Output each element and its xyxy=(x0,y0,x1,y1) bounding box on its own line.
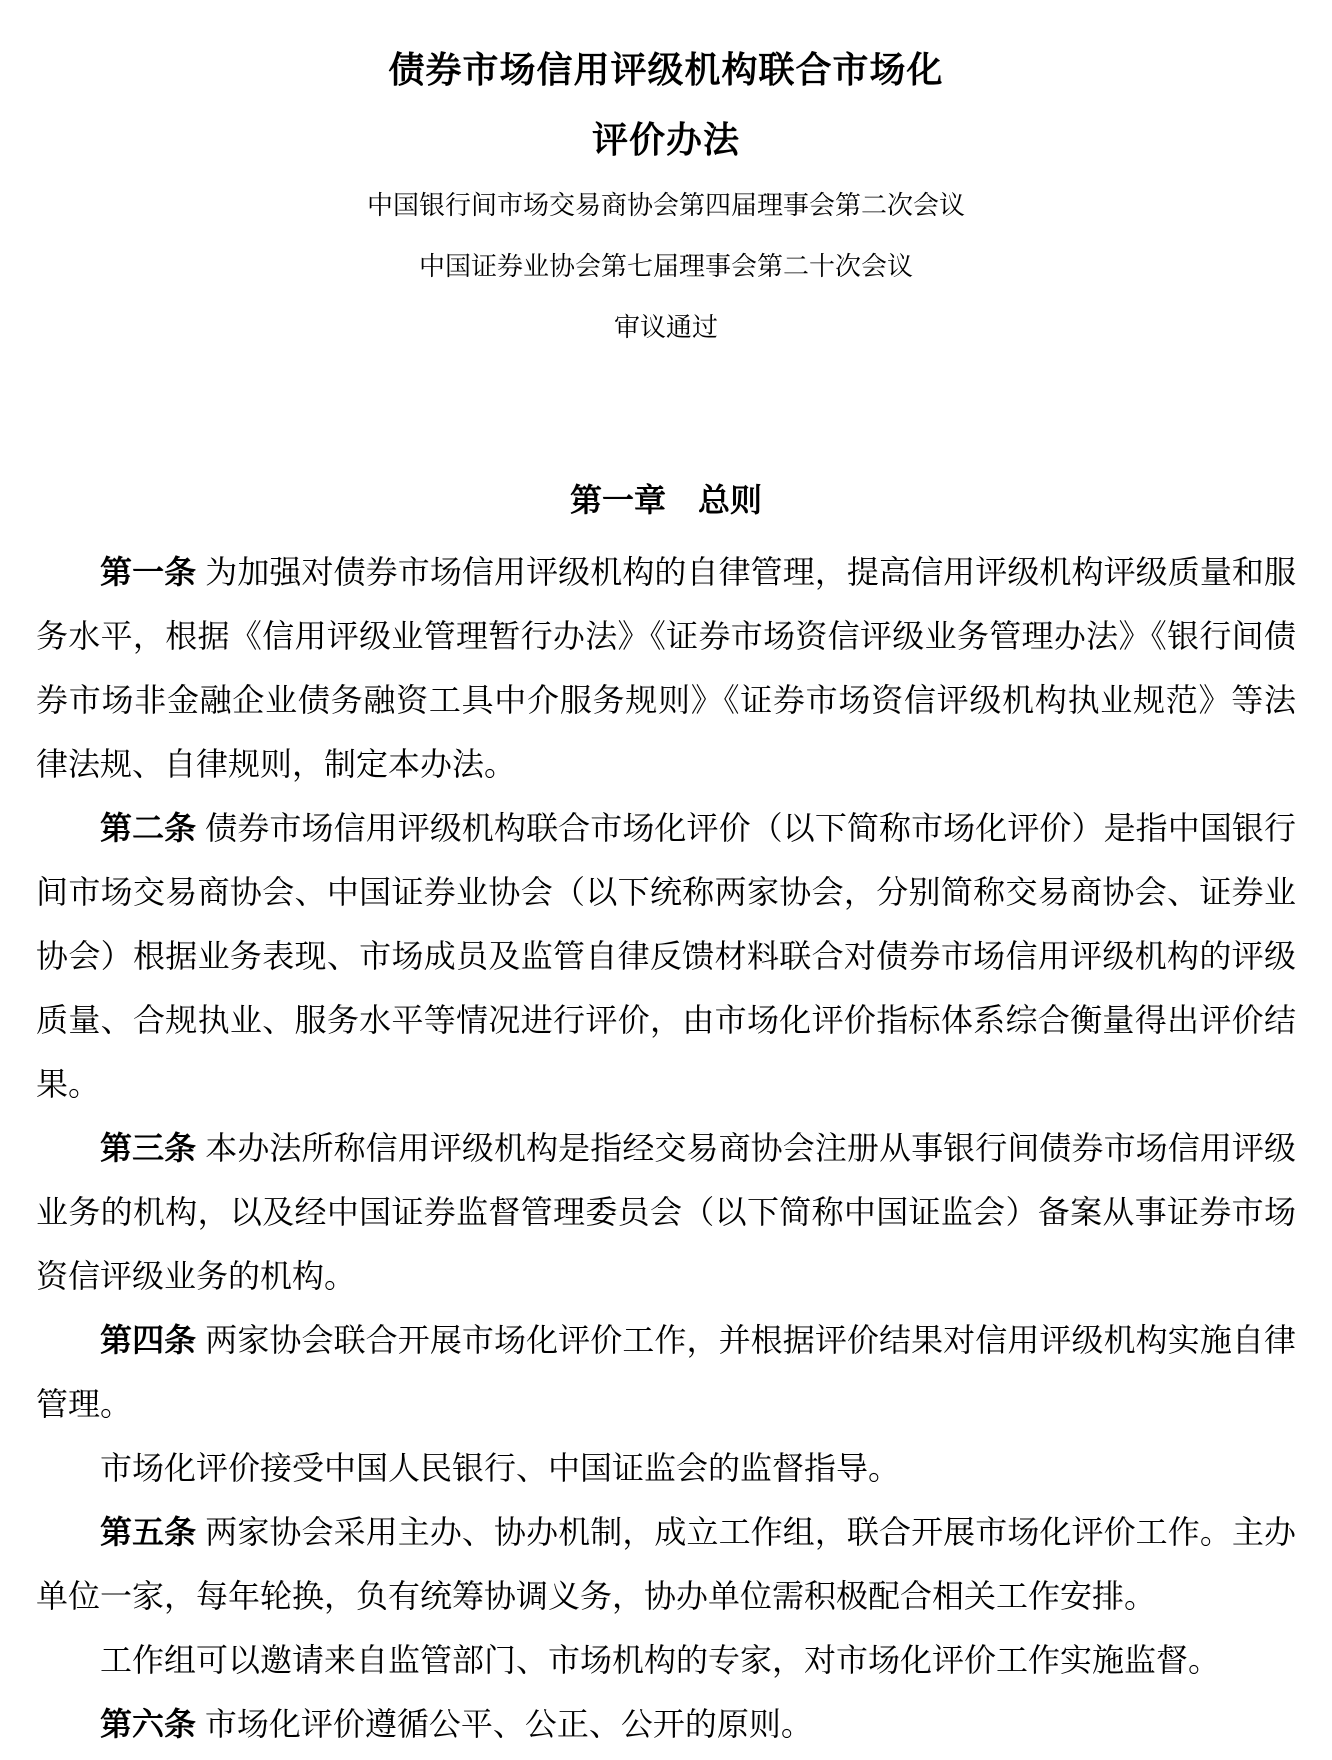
article-paragraph-4-continued: 市场化评价接受中国人民银行、中国证监会的监督指导。 xyxy=(36,1436,1296,1500)
article-text-3: 本办法所称信用评级机构是指经交易商协会注册从事银行间债券市场信用评级业务的机构，… xyxy=(36,1130,1296,1294)
article-paragraph-5-continued: 工作组可以邀请来自监管部门、市场机构的专家，对市场化评价工作实施监督。 xyxy=(36,1628,1296,1692)
article-paragraph-3: 第三条 本办法所称信用评级机构是指经交易商协会注册从事银行间债券市场信用评级业务… xyxy=(36,1116,1296,1308)
document-page: 债券市场信用评级机构联合市场化 评价办法 中国银行间市场交易商协会第四届理事会第… xyxy=(0,0,1332,1760)
article-text-5: 市场化评价接受中国人民银行、中国证监会的监督指导。 xyxy=(100,1450,900,1486)
subtitle-line-3: 审议通过 xyxy=(36,297,1296,358)
article-text-8: 市场化评价遵循公平、公正、公开的原则。 xyxy=(205,1706,813,1742)
meeting-subtitles: 中国银行间市场交易商协会第四届理事会第二次会议 中国证券业协会第七届理事会第二十… xyxy=(36,175,1296,358)
chapter-heading: 第一章 总则 xyxy=(36,468,1296,532)
article-text-7: 工作组可以邀请来自监管部门、市场机构的专家，对市场化评价工作实施监督。 xyxy=(100,1642,1220,1678)
article-text-1: 为加强对债券市场信用评级机构的自律管理，提高信用评级机构评级质量和服务水平，根据… xyxy=(36,554,1296,782)
article-paragraph-5: 第五条 两家协会采用主办、协办机制，成立工作组，联合开展市场化评价工作。主办单位… xyxy=(36,1500,1296,1628)
article-number-8: 第六条 xyxy=(100,1706,205,1742)
article-number-1: 第一条 xyxy=(100,554,205,590)
article-paragraph-4: 第四条 两家协会联合开展市场化评价工作，并根据评价结果对信用评级机构实施自律管理… xyxy=(36,1308,1296,1436)
article-paragraph-6: 第六条 市场化评价遵循公平、公正、公开的原则。 xyxy=(36,1692,1296,1756)
subtitle-line-1: 中国银行间市场交易商协会第四届理事会第二次会议 xyxy=(36,175,1296,236)
article-number-4: 第四条 xyxy=(100,1322,205,1358)
subtitle-line-2: 中国证券业协会第七届理事会第二十次会议 xyxy=(36,236,1296,297)
article-text-4: 两家协会联合开展市场化评价工作，并根据评价结果对信用评级机构实施自律管理。 xyxy=(36,1322,1296,1422)
title-line-2: 评价办法 xyxy=(36,105,1296,175)
article-number-3: 第三条 xyxy=(100,1130,205,1166)
article-paragraph-2: 第二条 债券市场信用评级机构联合市场化评价（以下简称市场化评价）是指中国银行间市… xyxy=(36,796,1296,1116)
article-paragraph-1: 第一条 为加强对债券市场信用评级机构的自律管理，提高信用评级机构评级质量和服务水… xyxy=(36,540,1296,796)
title-line-1: 债券市场信用评级机构联合市场化 xyxy=(36,35,1296,105)
article-text-6: 两家协会采用主办、协办机制，成立工作组，联合开展市场化评价工作。主办单位一家，每… xyxy=(36,1514,1296,1614)
article-number-6: 第五条 xyxy=(100,1514,205,1550)
article-number-2: 第二条 xyxy=(100,810,205,846)
article-text-2: 债券市场信用评级机构联合市场化评价（以下简称市场化评价）是指中国银行间市场交易商… xyxy=(36,810,1296,1102)
document-title: 债券市场信用评级机构联合市场化 评价办法 xyxy=(36,35,1296,175)
